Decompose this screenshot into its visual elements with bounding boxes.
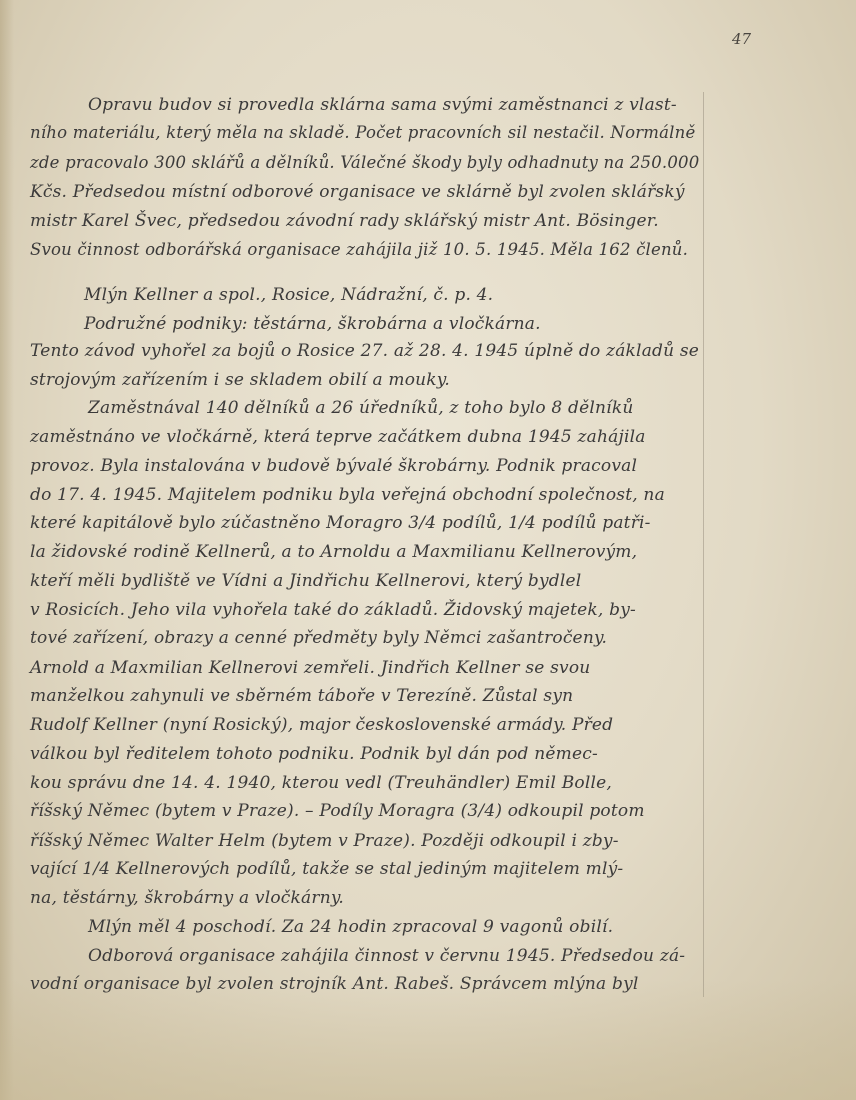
text-line: vodní organisace byl zvolen strojník Ant… [30, 974, 639, 994]
manuscript-page: 47 Opravu budov si provedla sklárna sama… [0, 0, 856, 1100]
text-line: říšský Němec Walter Helm (bytem v Praze)… [30, 831, 619, 851]
text-line: strojovým zařízením i se skladem obilí a… [30, 370, 450, 390]
text-line: tové zařízení, obrazy a cenné předměty b… [30, 628, 607, 648]
text-line: mistr Karel Švec, předsedou závodní rady… [30, 211, 659, 231]
text-line: vající 1/4 Kellnerových podílů, takže se… [30, 859, 623, 879]
text-line: la židovské rodině Kellnerů, a to Arnold… [30, 542, 637, 562]
text-line: ního materiálu, který měla na skladě. Po… [30, 123, 695, 142]
text-line: říšský Němec (bytem v Praze). – Podíly M… [30, 801, 645, 821]
text-line: na, těstárny, škrobárny a vločkárny. [30, 888, 344, 908]
text-line: válkou byl ředitelem tohoto podniku. Pod… [30, 744, 598, 764]
text-line: Kčs. Předsedou místní odborové organisac… [30, 182, 685, 202]
text-line: Zaměstnával 140 dělníků a 26 úředníků, z… [88, 398, 633, 418]
text-line: kou správu dne 14. 4. 1940, kterou vedl … [30, 773, 612, 793]
text-line: Mlýn Kellner a spol., Rosice, Nádražní, … [84, 285, 493, 305]
text-line: Podružné podniky: těstárna, škrobárna a … [84, 314, 541, 334]
text-line: provoz. Byla instalována v budově bývalé… [30, 456, 637, 476]
handwritten-text-block: Opravu budov si provedla sklárna sama sv… [0, 0, 856, 1100]
text-line: Rudolf Kellner (nyní Rosický), major čes… [30, 715, 613, 735]
text-line: do 17. 4. 1945. Majitelem podniku byla v… [30, 485, 665, 505]
text-line: v Rosicích. Jeho vila vyhořela také do z… [30, 600, 636, 620]
text-line: Tento závod vyhořel za bojů o Rosice 27.… [30, 341, 699, 361]
text-line: které kapitálově bylo zúčastněno Moragro… [30, 513, 651, 533]
text-line: zde pracovalo 300 sklářů a dělníků. Vále… [30, 153, 699, 172]
text-line: kteří měli bydliště ve Vídni a Jindřichu… [30, 571, 581, 591]
text-line: Svou činnost odborářská organisace zaháj… [30, 240, 688, 259]
text-line: zaměstnáno ve vločkárně, která teprve za… [30, 427, 646, 447]
text-line: Odborová organisace zahájila činnost v č… [88, 946, 685, 966]
text-line: manželkou zahynuli ve sběrném táboře v T… [30, 686, 573, 706]
text-line: Opravu budov si provedla sklárna sama sv… [88, 95, 677, 115]
text-line: Arnold a Maxmilian Kellnerovi zemřeli. J… [30, 658, 590, 678]
text-line: Mlýn měl 4 poschodí. Za 24 hodin zpracov… [88, 917, 613, 937]
